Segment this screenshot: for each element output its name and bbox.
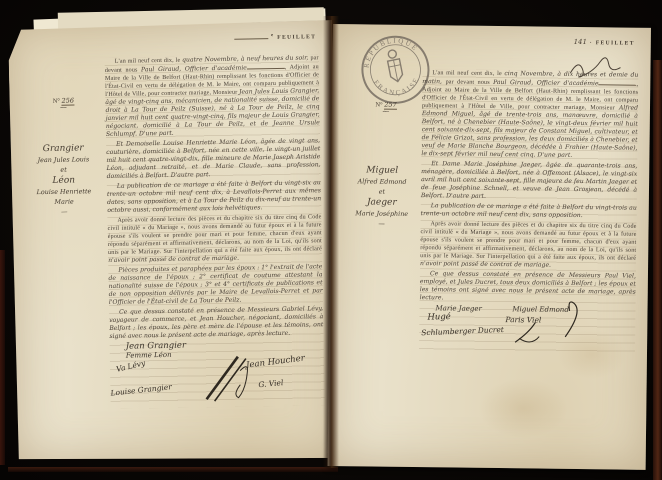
feuillet-label: FEUILLET xyxy=(596,40,635,46)
act-paragraph: Après avoir donné lecture des pièces et … xyxy=(107,213,322,265)
autograph: Hugé xyxy=(427,313,451,322)
right-act-number: N° 257 ⁓ xyxy=(346,100,426,115)
right-page-header: 141 · FEUILLET xyxy=(574,38,635,47)
act-paragraph: Pièces produites et paraphées par les ép… xyxy=(108,263,323,307)
feuillet-number-blank xyxy=(234,33,268,40)
numero-label: N° xyxy=(53,98,60,105)
flourish-mark: ⁓ xyxy=(23,104,103,111)
book-cover-edge-right xyxy=(653,60,662,480)
book-cover-edge-left xyxy=(0,250,5,465)
feuillet-ordinal: e xyxy=(271,32,274,37)
right-page: RÉPUBLIQUE FRANÇAISE 141 · FEUILLET N° 2… xyxy=(328,24,651,470)
left-act-text: L'an mil neuf cent dix, le quatre Novemb… xyxy=(105,54,325,409)
autograph: Schlumberger Ducret xyxy=(421,326,504,337)
left-page-header: e FEUILLET xyxy=(234,31,316,41)
autograph: Va Lévy xyxy=(115,359,146,373)
act-paragraph: Ce que dessus constaté en présence de Me… xyxy=(109,305,324,341)
autograph: G. Viel xyxy=(258,379,284,389)
act-paragraph: Et Dame Marie Joséphine Jaeger, âgée de … xyxy=(421,160,637,203)
book-gutter-shadow xyxy=(323,16,339,468)
act-paragraph: L'an mil neuf cent dix, le cinq Novembre… xyxy=(421,69,638,161)
feuillet-number: 141 xyxy=(574,38,587,46)
dot-separator: · xyxy=(590,40,593,46)
autograph: Louise Grangier xyxy=(110,383,172,397)
right-signature-cluster: Hugé Schlumberger Ducret Paris Viel xyxy=(419,313,635,354)
flourish-mark: ⁓ xyxy=(346,108,426,115)
act-paragraph: L'an mil neuf cent dix, le quatre Novemb… xyxy=(105,54,320,139)
paper-stain xyxy=(478,378,569,439)
left-act-number: N° 256 ⁓ xyxy=(23,96,103,111)
signature-flourish-icon xyxy=(198,352,259,407)
act-paragraph: Après avoir donné lecture des pièces et … xyxy=(420,220,637,271)
left-margin-names: Grangier Jean Jules Louis et Léon Louise… xyxy=(20,142,107,217)
numero-label: N° xyxy=(375,102,382,109)
groom-surname: Miguel xyxy=(339,164,425,177)
left-page: e FEUILLET N° 256 ⁓ Grangier Jean Jules … xyxy=(8,20,340,464)
signature-flourish-icon xyxy=(497,298,588,349)
act-paragraph: La publication de ce mariage a été faite… xyxy=(421,202,637,221)
feuillet-label: FEUILLET xyxy=(277,34,316,41)
act-paragraph: Et Demoiselle Louise Henriette Marie Léo… xyxy=(106,137,321,181)
right-act-text: L'an mil neuf cent dix, le cinq Novembre… xyxy=(419,69,638,354)
left-signature-cluster: Va Lévy Louise Grangier Jean Houcher G. … xyxy=(110,357,325,409)
right-margin-names: Miguel Alfred Edmond et Jaeger Marie Jos… xyxy=(339,164,426,229)
bride-surname: Jaeger xyxy=(339,196,425,209)
end-mark: — xyxy=(339,218,425,229)
signature-jean-grangier: Jean Grangier xyxy=(126,341,187,352)
signature-femme-leon: Femme Léon xyxy=(126,351,172,360)
end-mark: — xyxy=(21,206,107,217)
scanned-register-photo: e FEUILLET N° 256 ⁓ Grangier Jean Jules … xyxy=(0,0,662,480)
act-paragraph: La publication de ce mariage a été faite… xyxy=(107,179,322,215)
book-cover-edge-bottom xyxy=(8,467,338,472)
